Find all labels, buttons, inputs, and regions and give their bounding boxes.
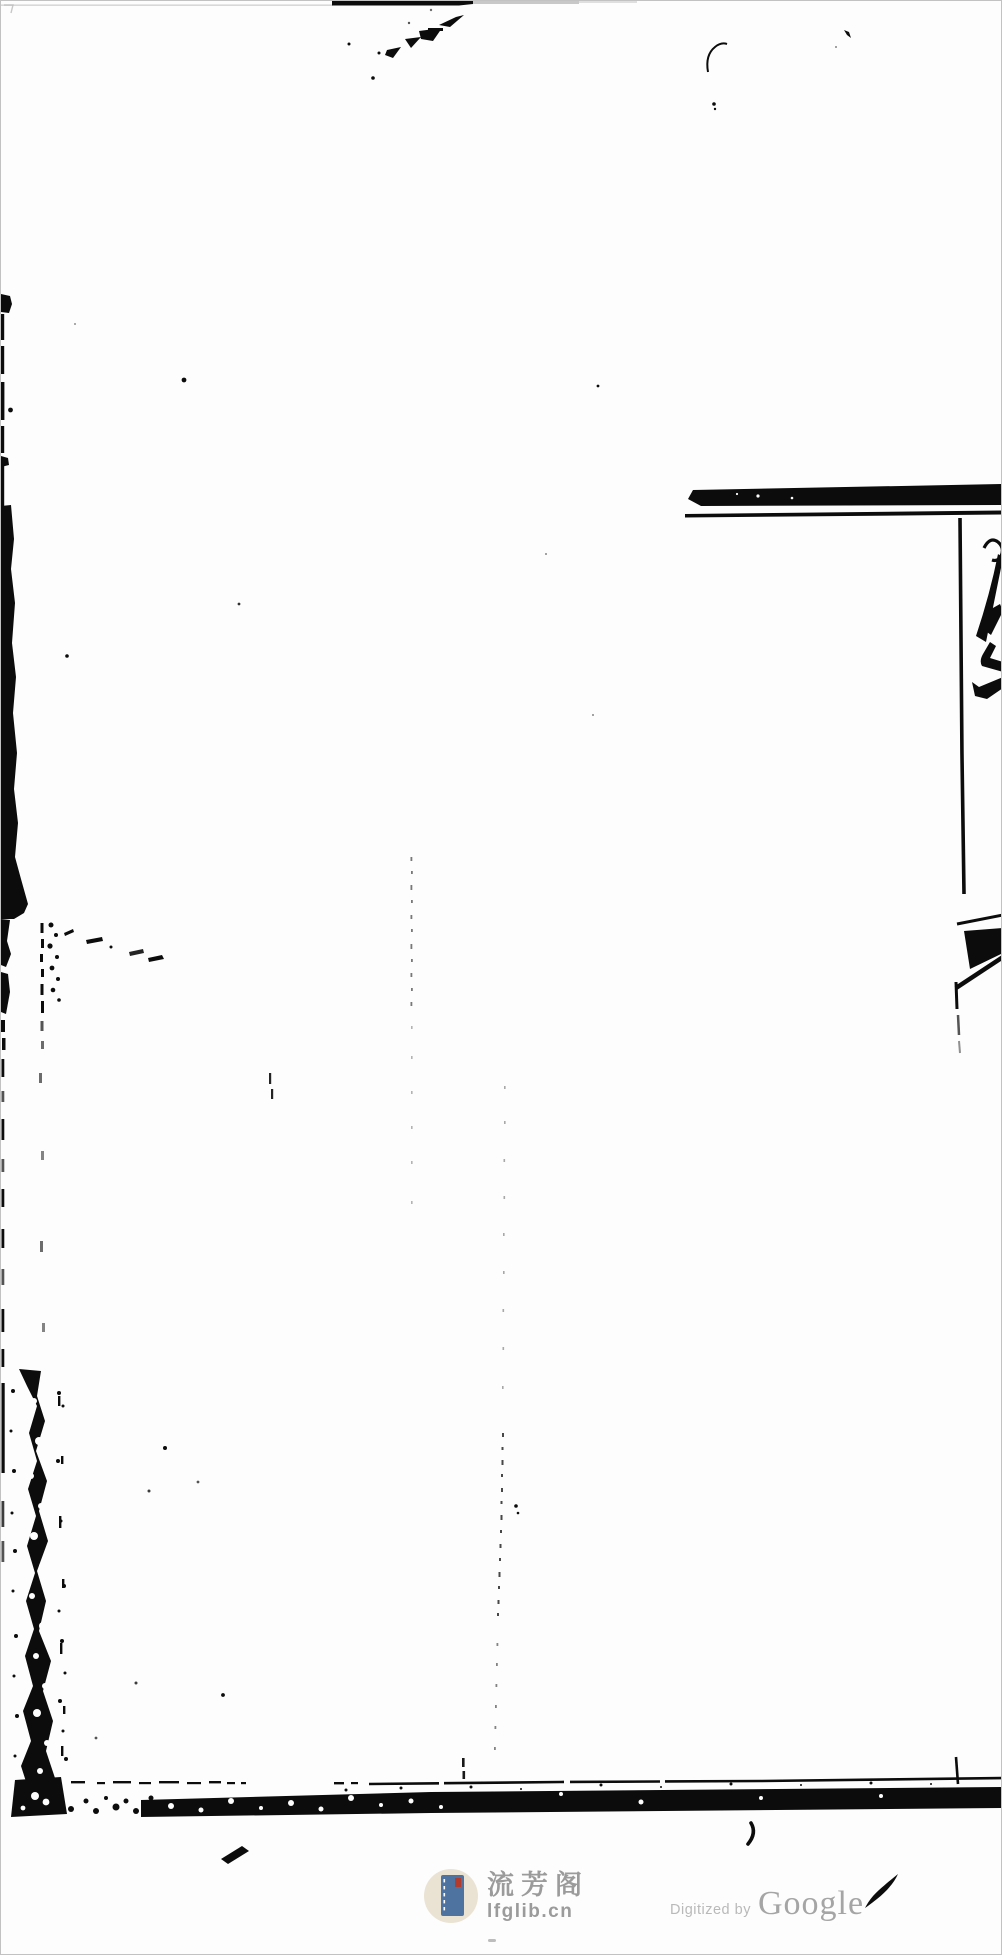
google-logo-text: Google <box>758 1885 864 1923</box>
right-frame-rule <box>685 511 1002 518</box>
left-frame-speckle-band <box>10 1369 69 1817</box>
partial-character-bottom <box>972 642 1002 699</box>
ink-swoosh-mark <box>865 1874 898 1908</box>
lfglib-name: 流芳阁 <box>487 1871 589 1899</box>
digitized-by-label: Digitized by <box>670 1902 751 1918</box>
ink-marks-layer <box>1 1 1002 1955</box>
bottom-frame-rule <box>71 1778 1002 1784</box>
lfglib-book-icon <box>424 1869 478 1923</box>
page-corner-fold <box>956 915 1002 1784</box>
left-margin-ink-specks <box>40 923 164 1050</box>
lfglib-watermark: 流芳阁 lfglib.cn <box>424 1869 589 1923</box>
center-crease-dots <box>269 857 506 1779</box>
dust-specks <box>65 323 599 1739</box>
lfglib-domain: lfglib.cn <box>487 1902 589 1921</box>
left-frame-band <box>1 505 28 1050</box>
top-edge-ink-bar <box>332 1 637 6</box>
diagonal-ink-specks <box>348 9 465 80</box>
logo-underscore-mark <box>488 1939 496 1942</box>
right-frame-bar <box>688 484 1002 506</box>
partial-character-top <box>976 540 1002 642</box>
bottom-frame-bar <box>68 1782 1002 1818</box>
ink-dash-mark <box>221 1846 249 1864</box>
scan-edge-marks <box>1 5 333 14</box>
top-right-pen-stroke <box>707 30 851 110</box>
left-frame-line <box>1 294 13 506</box>
right-frame-line <box>960 518 964 894</box>
google-watermark: Digitized by Google <box>670 1885 864 1923</box>
ink-comma-mark <box>748 1823 753 1844</box>
book-seal <box>455 1878 461 1887</box>
scanned-page: 流芳阁 lfglib.cn Digitized by Google <box>0 0 1002 1955</box>
